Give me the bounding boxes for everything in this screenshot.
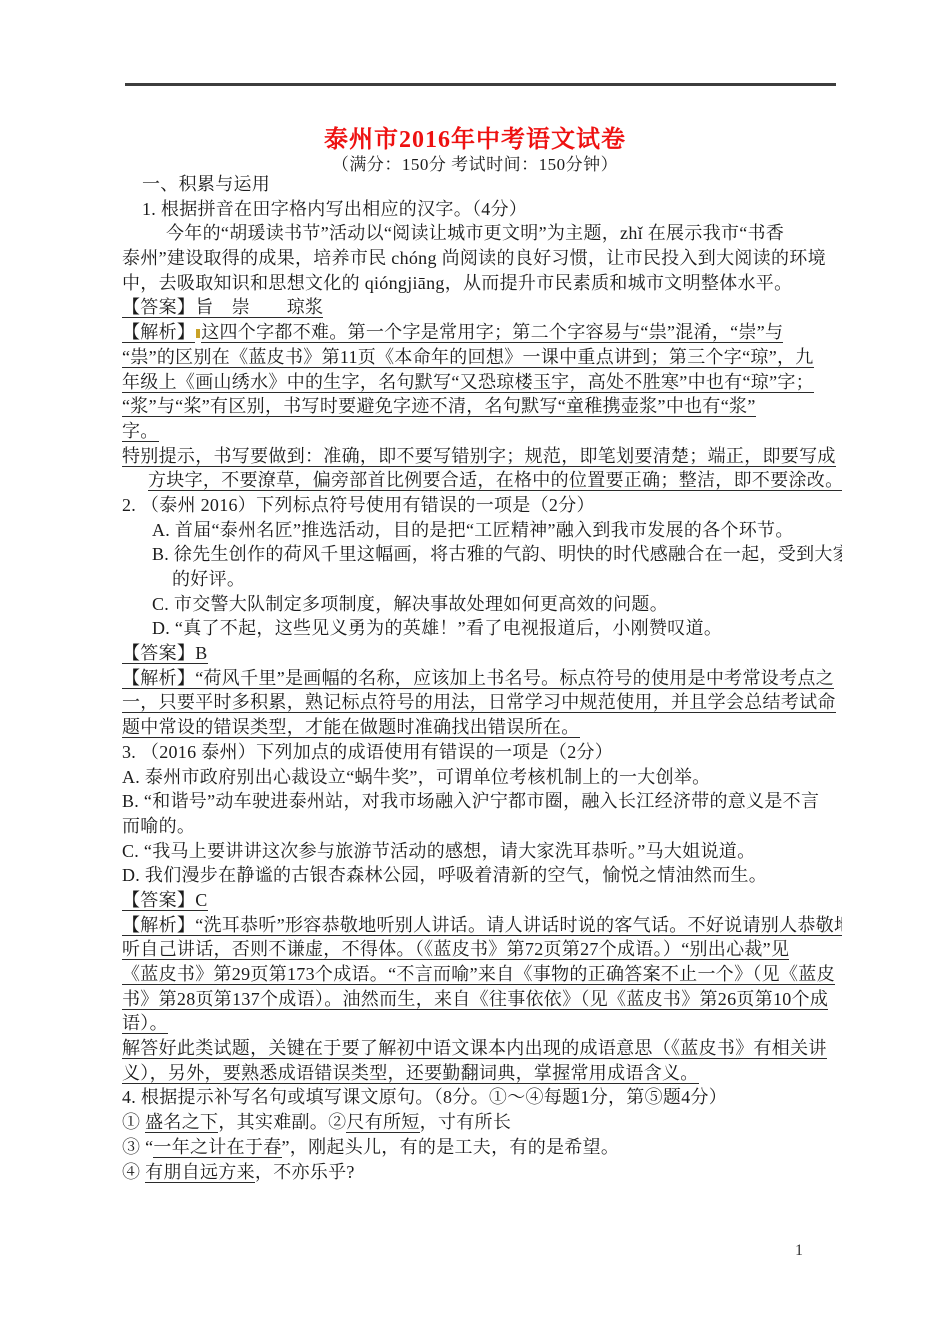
text-segment: 一、积累与运用 <box>142 174 270 194</box>
text-line: 题中常设的错误类型，才能在做题时准确找出错误所在。 <box>122 715 842 740</box>
text-segment: 【答案】旨 崇 琼浆 <box>122 297 323 318</box>
text-segment: 书》第28页第137个成语）。油然而生，来自《往事依依》（见《蓝皮书》第26页第… <box>122 989 828 1010</box>
text-line: 中，去吸取知识和思想文化的 qióngjiāng，从而提升市民素质和城市文明整体… <box>122 271 842 296</box>
text-line: D. “真了不起，这些见义勇为的英雄！”看了电视报道后，小刚赞叹道。 <box>152 616 842 641</box>
text-line: 1. 根据拼音在田字格内写出相应的汉字。（4分） <box>142 197 842 222</box>
document-lines: 一、积累与运用1. 根据拼音在田字格内写出相应的汉字。（4分）今年的“胡瑗读书节… <box>122 172 842 1184</box>
text-segment: 【解析】 <box>122 322 195 343</box>
text-segment: A. 泰州市政府别出心裁设立“蜗牛奖”，可谓单位考核机制上的一大创举。 <box>122 767 710 787</box>
text-line: 义），另外，要熟悉成语错误类型，还要勤翻词典，掌握常用成语含义。 <box>122 1061 842 1086</box>
text-segment: 年级上《画山绣水》中的生字，名句默写“又恐琼楼玉宇，高处不胜寒”中也有“琼”字； <box>122 372 814 393</box>
text-segment: 的好评。 <box>172 569 245 589</box>
text-line: “浆”与“桨”有区别，书写时要避免字迹不清，名句默写“童稚携壶浆”中也有“浆” <box>122 394 842 419</box>
text-segment: 今年的“胡瑗读书节”活动以“阅读让城市更文明”为主题，zhǐ 在展示我市“书香 <box>166 223 784 243</box>
text-segment: 解答好此类试题，关键在于要了解初中语文课本内出现的成语意思（《蓝皮书》有相关讲 <box>122 1038 827 1059</box>
text-segment: 3. （2016 泰州）下列加点的成语使用有错误的一项是（2分） <box>122 742 613 762</box>
text-segment: 字。 <box>122 421 159 442</box>
exam-paper-page: 泰州市2016年中考语文试卷 （满分：150分 考试时间：150分钟） 一、积累… <box>0 0 950 1344</box>
text-line: 【解析】这四个字都不难。第一个字是常用字；第二个字容易与“祟”混淆，“崇”与 <box>122 320 842 345</box>
text-line: 字。 <box>122 419 842 444</box>
text-segment: C. 市交警大队制定多项制度，解决事故处理如何更高效的问题。 <box>152 594 668 614</box>
text-line: 一，只要平时多积累，熟记标点符号的用法，日常学习中规范使用，并且学会总结考试命 <box>122 690 842 715</box>
text-line: 今年的“胡瑗读书节”活动以“阅读让城市更文明”为主题，zhǐ 在展示我市“书香 <box>166 221 842 246</box>
text-segment: 尺有所短 <box>346 1112 419 1133</box>
page-title: 泰州市2016年中考语文试卷 <box>0 119 950 154</box>
text-line: B. “和谐号”动车驶进泰州站，对我市场融入沪宁都市圈，融入长江经济带的意义是不… <box>122 789 842 814</box>
text-segment: 中，去吸取知识和思想文化的 qióngjiāng，从而提升市民素质和城市文明整体… <box>122 273 792 293</box>
text-line: 特别提示，书写要做到：准确，即不要写错别字；规范，即笔划要清楚；端正，即要写成 <box>122 444 842 469</box>
text-line: 【答案】B <box>122 641 842 666</box>
text-line: 【答案】C <box>122 888 842 913</box>
text-segment: 2. （泰州 2016）下列标点符号使用有错误的一项是（2分） <box>122 495 595 515</box>
text-segment: ，不亦乐乎? <box>255 1162 355 1182</box>
edit-mark <box>196 329 200 338</box>
text-line: 年级上《画山绣水》中的生字，名句默写“又恐琼楼玉宇，高处不胜寒”中也有“琼”字； <box>122 370 842 395</box>
text-segment: ，寸有所长 <box>420 1112 512 1132</box>
text-segment: 语）。 <box>122 1013 168 1034</box>
text-segment: “祟”的区别在《蓝皮书》第11页《本命年的回想》一课中重点讲到；第三个字“琼”，… <box>122 347 814 368</box>
text-segment: D. “真了不起，这些见义勇为的英雄！”看了电视报道后，小刚赞叹道。 <box>152 618 722 638</box>
text-line: 的好评。 <box>172 567 842 592</box>
text-segment: 4. 根据提示补写名句或填写课文原句。（8分。①～④每题1分，第⑤题4分） <box>122 1087 727 1107</box>
text-line: 【答案】旨 崇 琼浆 <box>122 295 842 320</box>
text-segment: 而喻的。 <box>122 816 195 836</box>
text-line: 听自己讲话，否则不谦虚，不得体。（《蓝皮书》第72页第27个成语。）“别出心裁”… <box>122 937 842 962</box>
text-segment: 【答案】B <box>122 643 208 664</box>
text-segment: 泰州”建设取得的成果，培养市民 chóng 尚阅读的良好习惯，让市民投入到大阅读… <box>122 248 826 268</box>
text-segment: ”，刚起头儿，有的是工夫，有的是希望。 <box>282 1137 620 1157</box>
text-line: 【解析】“洗耳恭听”形容恭敬地听别人讲话。请人讲话时说的客气话。不好说请别人恭敬… <box>122 913 842 938</box>
text-line: ③ “一年之计在于春”，刚起头儿，有的是工夫，有的是希望。 <box>122 1135 842 1160</box>
text-line: A. 泰州市政府别出心裁设立“蜗牛奖”，可谓单位考核机制上的一大创举。 <box>122 765 842 790</box>
page-number: 1 <box>795 1242 803 1260</box>
text-line: 书》第28页第137个成语）。油然而生，来自《往事依依》（见《蓝皮书》第26页第… <box>122 987 842 1012</box>
text-segment: B. 徐先生创作的荷风千里这幅画，将古雅的气韵、明快的时代感融合在一起，受到大家 <box>152 544 842 564</box>
text-line: ① 盛名之下，其实难副。②尺有所短，寸有所长 <box>122 1110 842 1135</box>
text-line: 《蓝皮书》第29页第173个成语。“不言而喻”来自《事物的正确答案不止一个》（见… <box>122 962 842 987</box>
text-line: 一、积累与运用 <box>142 172 842 197</box>
text-line: 语）。 <box>122 1011 842 1036</box>
text-line: 3. （2016 泰州）下列加点的成语使用有错误的一项是（2分） <box>122 740 842 765</box>
text-line: 方块字，不要潦草，偏旁部首比例要合适，在格中的位置要正确；整洁，即不要涂改。 <box>148 468 842 493</box>
text-line: 2. （泰州 2016）下列标点符号使用有错误的一项是（2分） <box>122 493 842 518</box>
text-segment: 听自己讲话，否则不谦虚，不得体。（《蓝皮书》第72页第27个成语。）“别出心裁”… <box>122 939 789 960</box>
text-line: C. 市交警大队制定多项制度，解决事故处理如何更高效的问题。 <box>152 592 842 617</box>
text-line: A. 首届“泰州名匠”推选活动，目的是把“工匠精神”融入到我市发展的各个环节。 <box>152 518 842 543</box>
text-segment: ③ “ <box>122 1137 153 1157</box>
text-segment: C. “我马上要讲讲这次参与旅游节活动的感想，请大家洗耳恭听。”马大姐说道。 <box>122 841 755 861</box>
text-segment: ④ <box>122 1162 145 1182</box>
text-segment: 【解析】“洗耳恭听”形容恭敬地听别人讲话。请人讲话时说的客气话。不好说请别人恭敬… <box>122 915 842 936</box>
text-segment: 盛名之下 <box>145 1112 218 1133</box>
text-segment: ，其实难副。② <box>218 1112 346 1132</box>
text-segment: 一，只要平时多积累，熟记标点符号的用法，日常学习中规范使用，并且学会总结考试命 <box>122 692 836 713</box>
text-segment: 【答案】C <box>122 890 208 911</box>
text-segment: D. 我们漫步在静谧的古银杏森林公园，呼吸着清新的空气，愉悦之情油然而生。 <box>122 865 767 885</box>
text-segment: A. 首届“泰州名匠”推选活动，目的是把“工匠精神”融入到我市发展的各个环节。 <box>152 520 794 540</box>
text-line: 泰州”建设取得的成果，培养市民 chóng 尚阅读的良好习惯，让市民投入到大阅读… <box>122 246 842 271</box>
text-segment: 方块字，不要潦草，偏旁部首比例要合适，在格中的位置要正确；整洁，即不要涂改。 <box>148 470 842 491</box>
text-line: D. 我们漫步在静谧的古银杏森林公园，呼吸着清新的空气，愉悦之情油然而生。 <box>122 863 842 888</box>
text-line: 4. 根据提示补写名句或填写课文原句。（8分。①～④每题1分，第⑤题4分） <box>122 1085 842 1110</box>
text-segment: ① <box>122 1112 145 1132</box>
text-line: ④ 有朋自远方来，不亦乐乎? <box>122 1160 842 1185</box>
text-segment: 1. 根据拼音在田字格内写出相应的汉字。（4分） <box>142 199 527 219</box>
text-line: 解答好此类试题，关键在于要了解初中语文课本内出现的成语意思（《蓝皮书》有相关讲 <box>122 1036 842 1061</box>
text-segment: 题中常设的错误类型，才能在做题时准确找出错误所在。 <box>122 717 580 738</box>
text-segment: 有朋自远方来 <box>145 1162 255 1183</box>
text-segment: “浆”与“桨”有区别，书写时要避免字迹不清，名句默写“童稚携壶浆”中也有“浆” <box>122 396 756 417</box>
text-segment: 义），另外，要熟悉成语错误类型，还要勤翻词典，掌握常用成语含义。 <box>122 1063 699 1084</box>
text-segment: 一年之计在于春 <box>153 1137 281 1158</box>
text-line: 而喻的。 <box>122 814 842 839</box>
text-line: 【解析】“荷风千里”是画幅的名称，应该加上书名号。标点符号的使用是中考常设考点之 <box>122 666 842 691</box>
text-segment: 这四个字都不难。第一个字是常用字；第二个字容易与“祟”混淆，“崇”与 <box>201 322 783 343</box>
header-rule <box>125 83 836 86</box>
text-line: C. “我马上要讲讲这次参与旅游节活动的感想，请大家洗耳恭听。”马大姐说道。 <box>122 839 842 864</box>
text-segment: 《蓝皮书》第29页第173个成语。“不言而喻”来自《事物的正确答案不止一个》（见… <box>122 964 835 985</box>
text-segment: 特别提示，书写要做到：准确，即不要写错别字；规范，即笔划要清楚；端正，即要写成 <box>122 446 836 467</box>
text-line: B. 徐先生创作的荷风千里这幅画，将古雅的气韵、明快的时代感融合在一起，受到大家 <box>152 542 842 567</box>
text-segment: 【解析】“荷风千里”是画幅的名称，应该加上书名号。标点符号的使用是中考常设考点之 <box>122 668 834 689</box>
text-line: “祟”的区别在《蓝皮书》第11页《本命年的回想》一课中重点讲到；第三个字“琼”，… <box>122 345 842 370</box>
text-segment: B. “和谐号”动车驶进泰州站，对我市场融入沪宁都市圈，融入长江经济带的意义是不… <box>122 791 819 811</box>
